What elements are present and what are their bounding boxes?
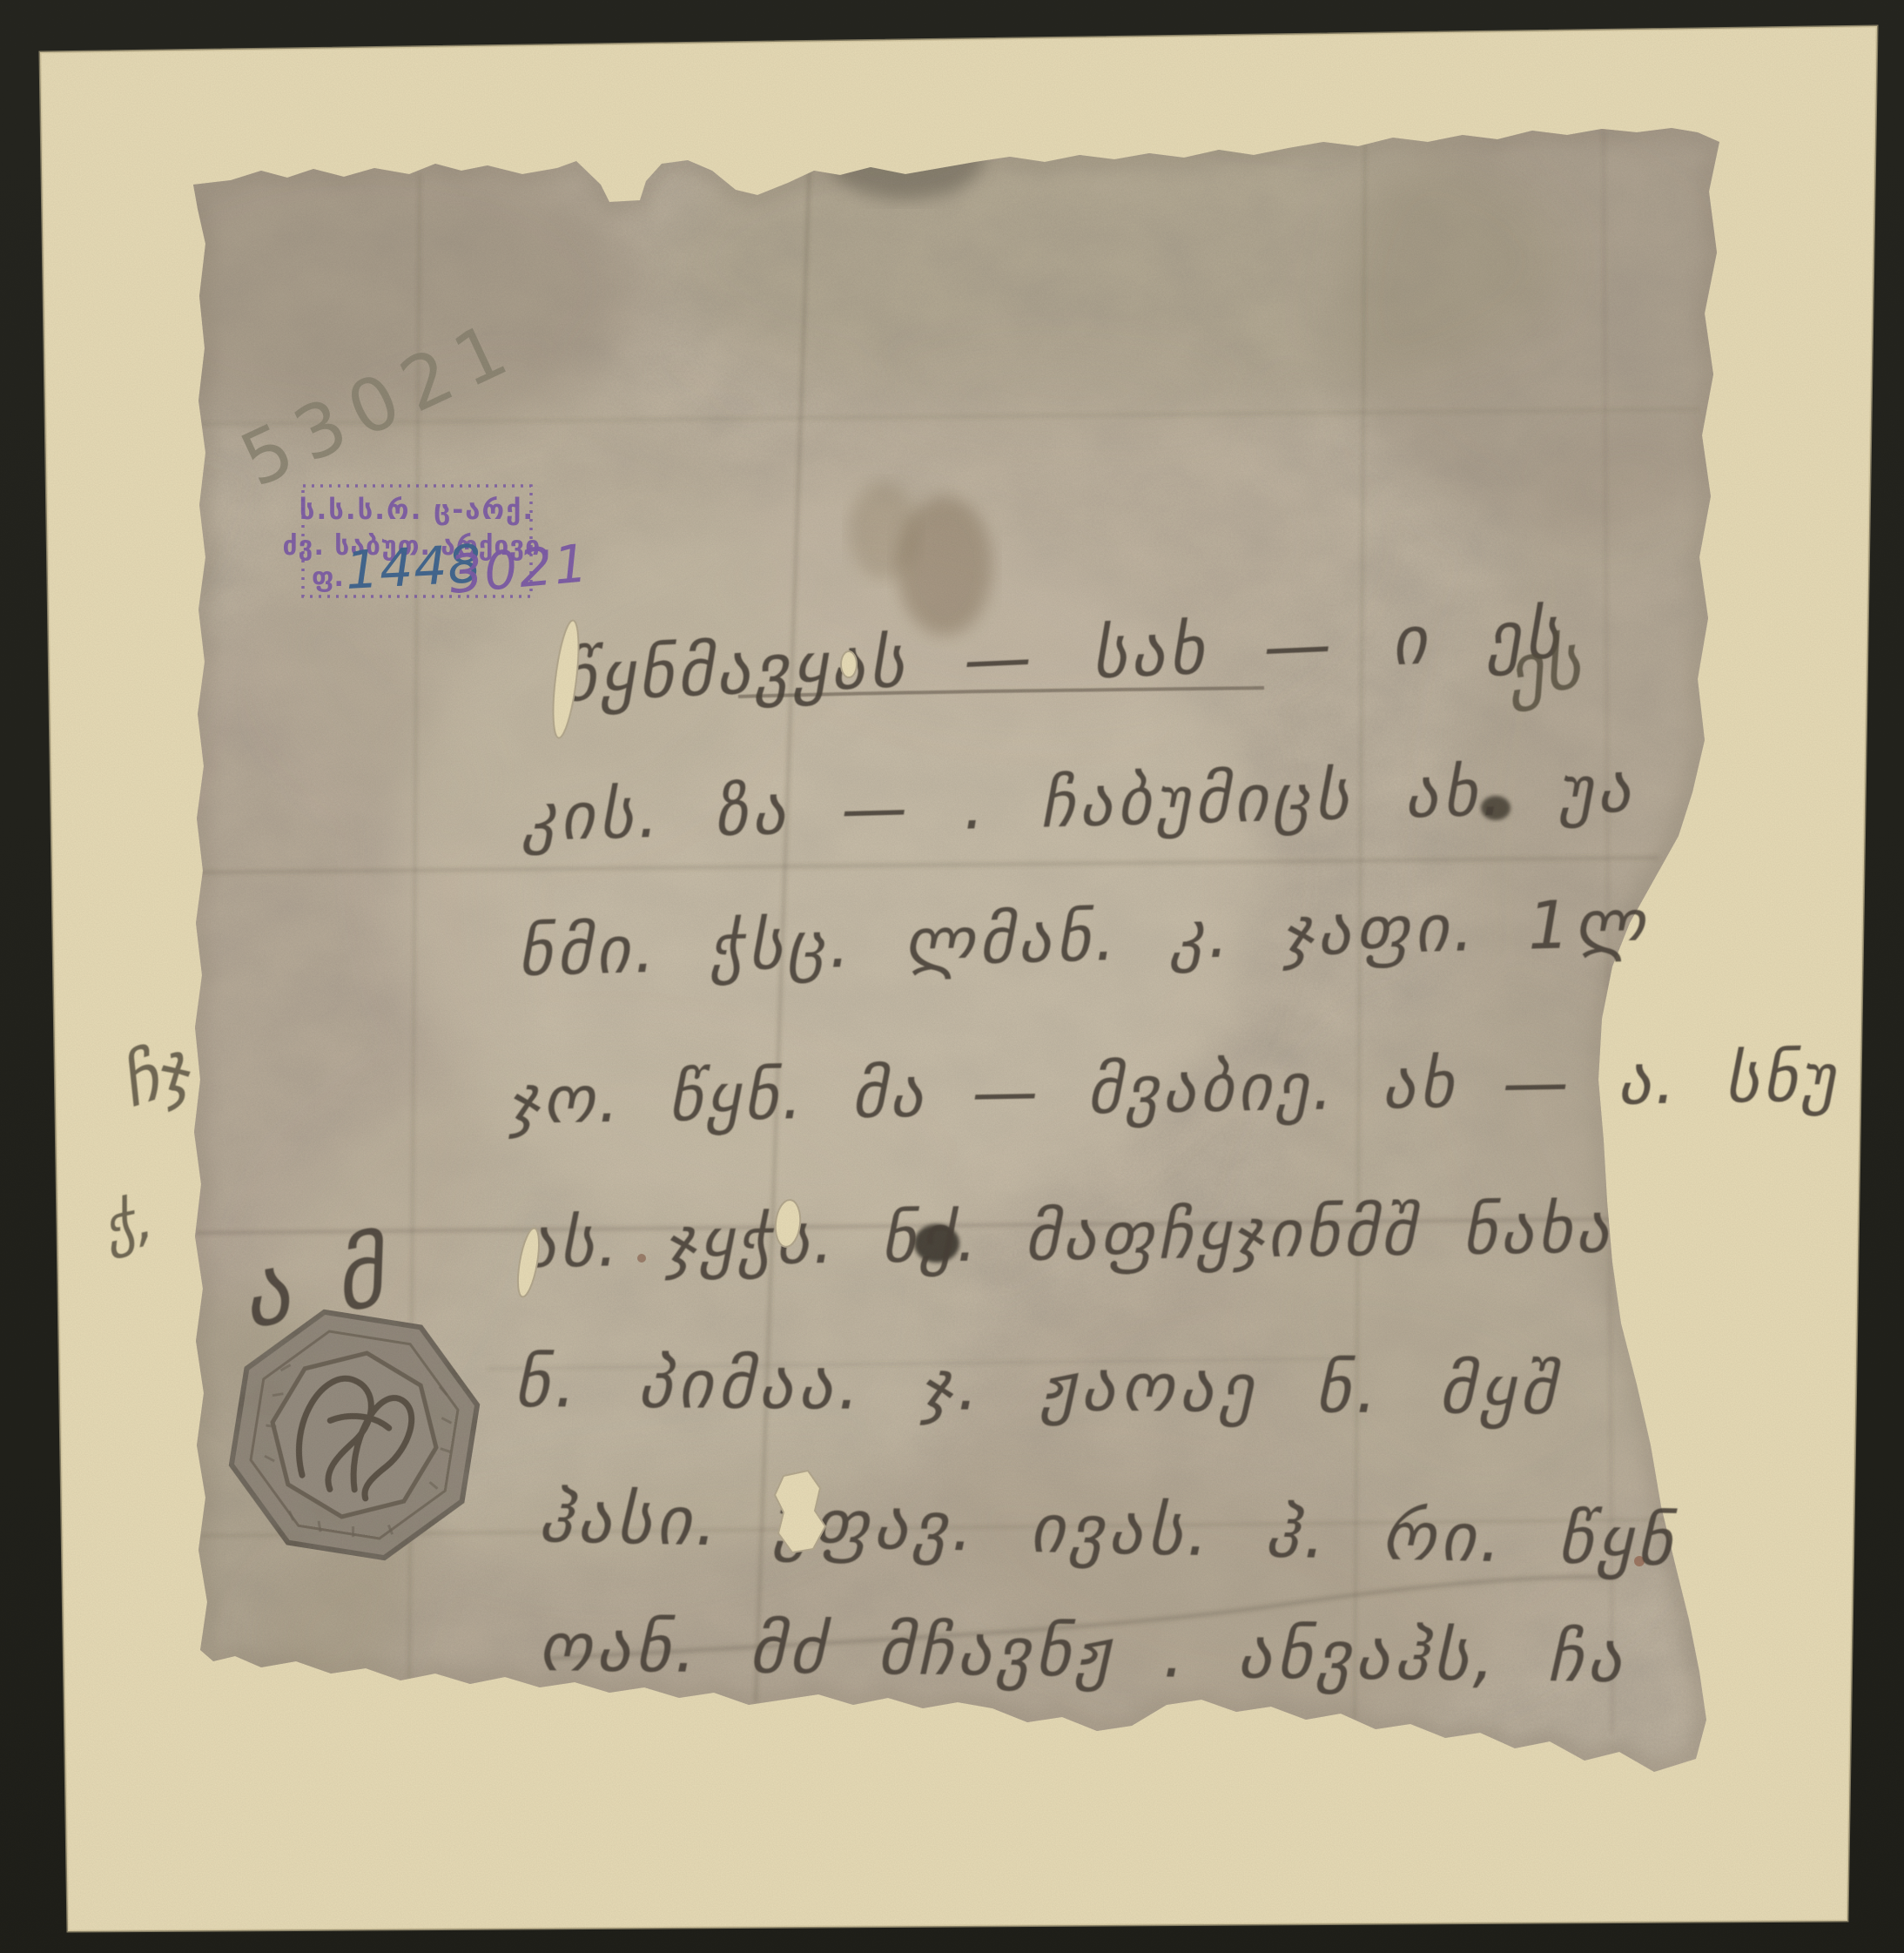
- archival-photograph: ს.ს.ს.რ. ც-არქ. ძვ. საბუთ. არქივი. ფ. 14…: [0, 0, 1904, 1953]
- grain-overlay: [0, 0, 1904, 1953]
